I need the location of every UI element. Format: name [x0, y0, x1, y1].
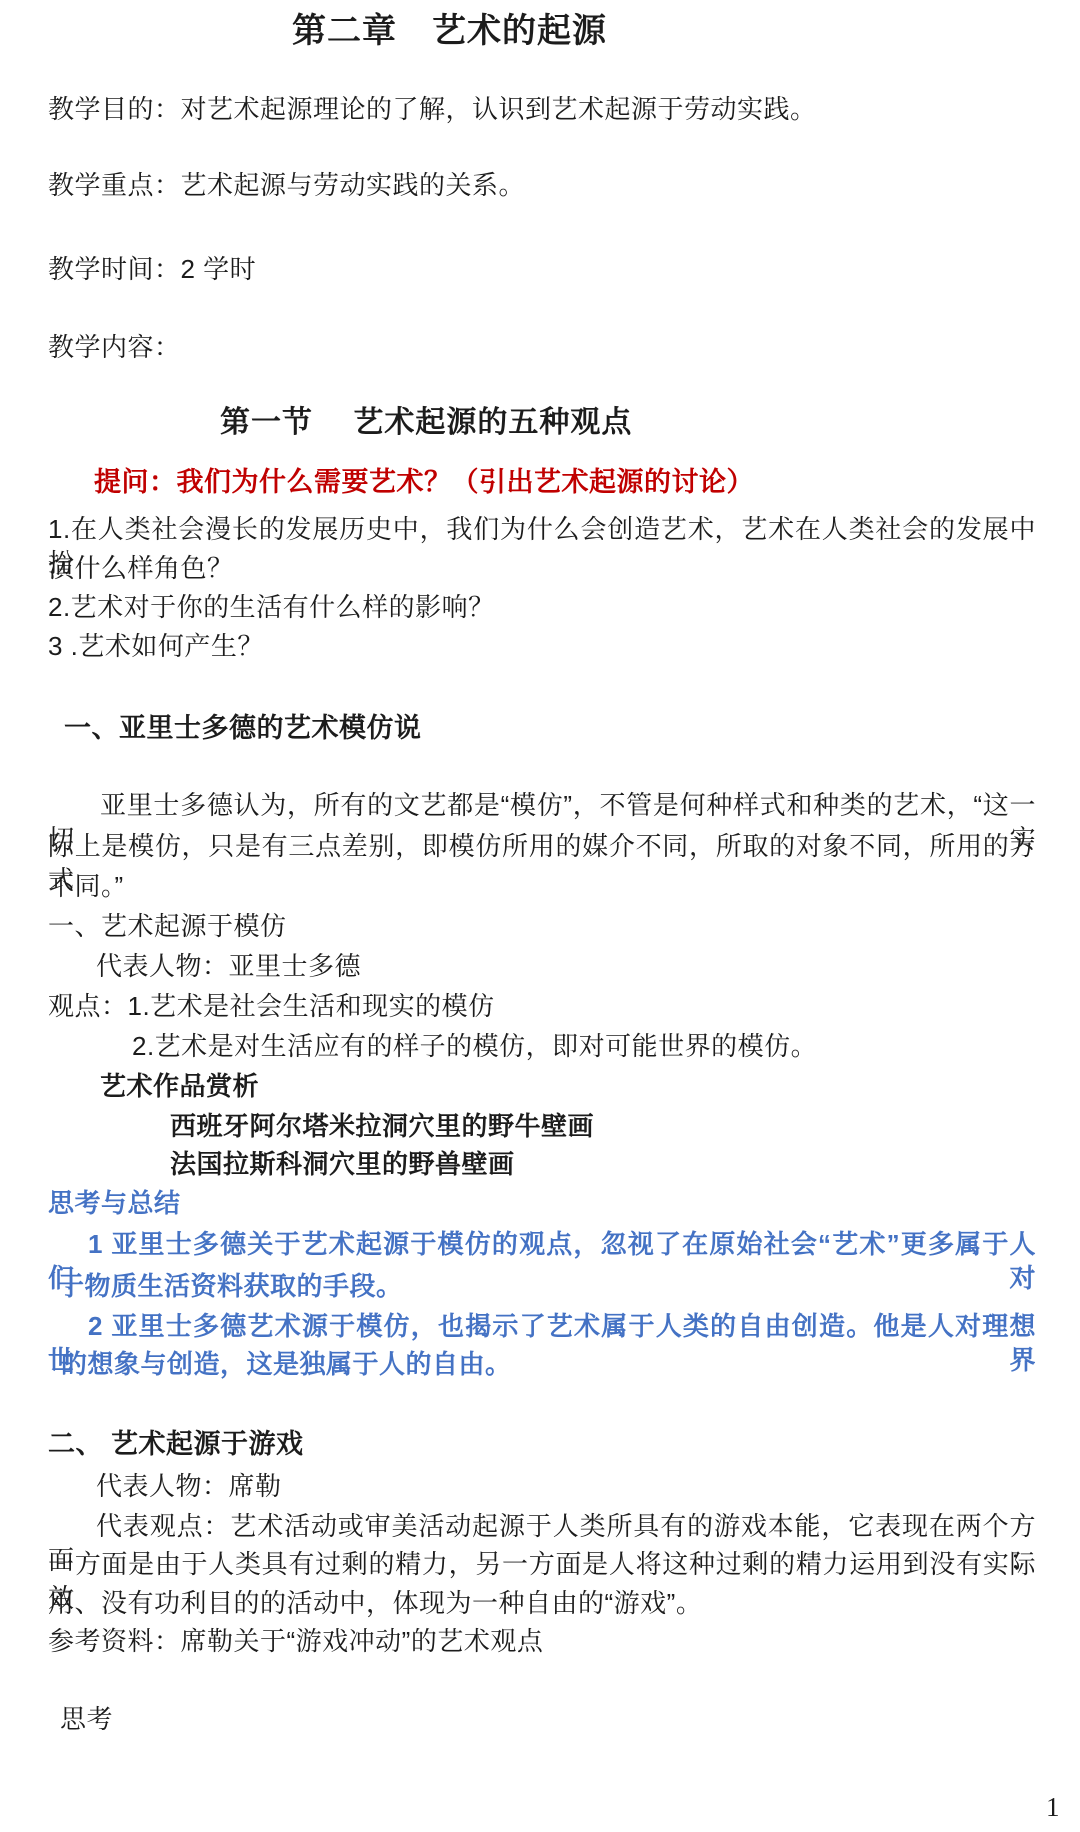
origin-mimicry-line: 一、艺术起源于模仿: [48, 909, 287, 943]
summary-heading: 思考与总结: [48, 1186, 181, 1220]
mimicry-paragraph-line-2: 际上是模仿，只是有三点差别，即模仿所用的媒介不同，所取的对象不同，所用的方式: [48, 829, 1036, 897]
chapter-title: 第二章 艺术的起源: [292, 10, 607, 52]
teaching-purpose-line: 教学目的：对艺术起源理论的了解，认识到艺术起源于劳动实践。: [48, 92, 817, 126]
teaching-focus-line: 教学重点：艺术起源与劳动实践的关系。: [48, 168, 525, 202]
representative-aristotle: 代表人物：亚里士多德: [96, 949, 361, 983]
think-label: 思考: [60, 1702, 113, 1736]
artwork-altamira: 西班牙阿尔塔米拉洞穴里的野牛壁画: [170, 1109, 594, 1143]
mimicry-paragraph-line-3: 不同。”: [48, 869, 124, 903]
question-3: 3 .艺术如何产生？: [48, 629, 264, 663]
appreciation-heading: 艺术作品赏析: [100, 1069, 259, 1103]
teaching-content-label: 教学内容：: [48, 330, 181, 364]
representative-schiller: 代表人物：席勒: [96, 1469, 282, 1503]
game-paragraph-line-3: 用、没有功利目的的活动中，体现为一种自由的“游戏”。: [48, 1586, 702, 1620]
reference-line: 参考资料：席勒关于“游戏冲动”的艺术观点: [48, 1624, 543, 1658]
section-1-heading: 第一节 艺术起源的五种观点: [220, 404, 632, 442]
question-prompt: 提问：我们为什么需要艺术？（引出艺术起源的讨论）: [94, 465, 754, 499]
summary-1-line-2: 于物质生活资料获取的手段。: [58, 1269, 403, 1303]
question-2: 2.艺术对于你的生活有什么样的影响？: [48, 590, 495, 624]
viewpoint-line-1: 观点：1.艺术是社会生活和现实的模仿: [48, 989, 495, 1023]
artwork-lascaux: 法国拉斯科洞穴里的野兽壁画: [170, 1147, 515, 1181]
heading-aristotle-mimicry: 一、亚里士多德的艺术模仿说: [64, 710, 422, 746]
viewpoint-line-2: 2.艺术是对生活应有的样子的模仿，即对可能世界的模仿。: [132, 1029, 817, 1063]
question-1-line-2: 演什么样角色？: [48, 551, 234, 585]
document-page: 第二章 艺术的起源 教学目的：对艺术起源理论的了解，认识到艺术起源于劳动实践。 …: [0, 0, 1080, 1832]
summary-2-line-2: 的想象与创造，这是独属于人的自由。: [61, 1347, 512, 1381]
page-number: 1: [1046, 1790, 1060, 1824]
heading-game-origin: 二、 艺术起源于游戏: [48, 1426, 304, 1462]
teaching-time-line: 教学时间：2 学时: [48, 252, 256, 286]
